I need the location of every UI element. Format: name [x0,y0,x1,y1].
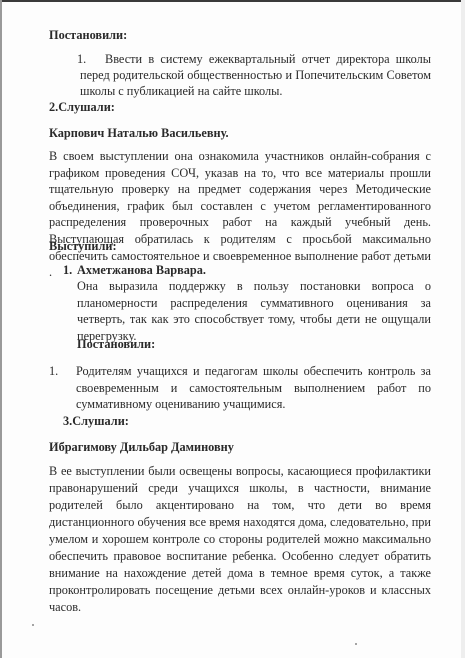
section3-paragraph: В ее выступлении были освещены вопросы, … [49,463,431,616]
section2-resolution-heading: Постановили: [77,336,155,352]
section2-heading: 2.Слушали: [49,99,115,115]
section3-heading: 3.Слушали: [63,413,129,429]
spoke-name: Ахметжанова Варвара. [77,262,206,278]
list-number: 1. [63,262,72,278]
section1-resolution-heading: Постановили: [49,27,127,43]
scan-right-edge [461,0,465,658]
scan-top-edge [0,0,465,2]
section2-resolution-text: Родителям учащихся и педагогам школы обе… [76,363,431,413]
section2-paragraph: В своем выступлении она ознакомила участ… [49,148,431,281]
spoke-heading: Выступили: [49,238,117,254]
scan-speck [355,643,357,645]
spoke-text: Она выразила поддержку в пользу постанов… [77,278,431,344]
section2-speaker: Карпович Наталью Васильевну. [49,125,229,141]
section3-speaker: Ибрагимову Дильбар Даминовну [49,439,234,455]
resolution-item-text: Ввести в систему ежеквартальный отчет ди… [80,51,431,99]
scan-left-edge [0,0,2,658]
list-number: 1. [49,363,58,379]
scan-speck [32,624,34,626]
